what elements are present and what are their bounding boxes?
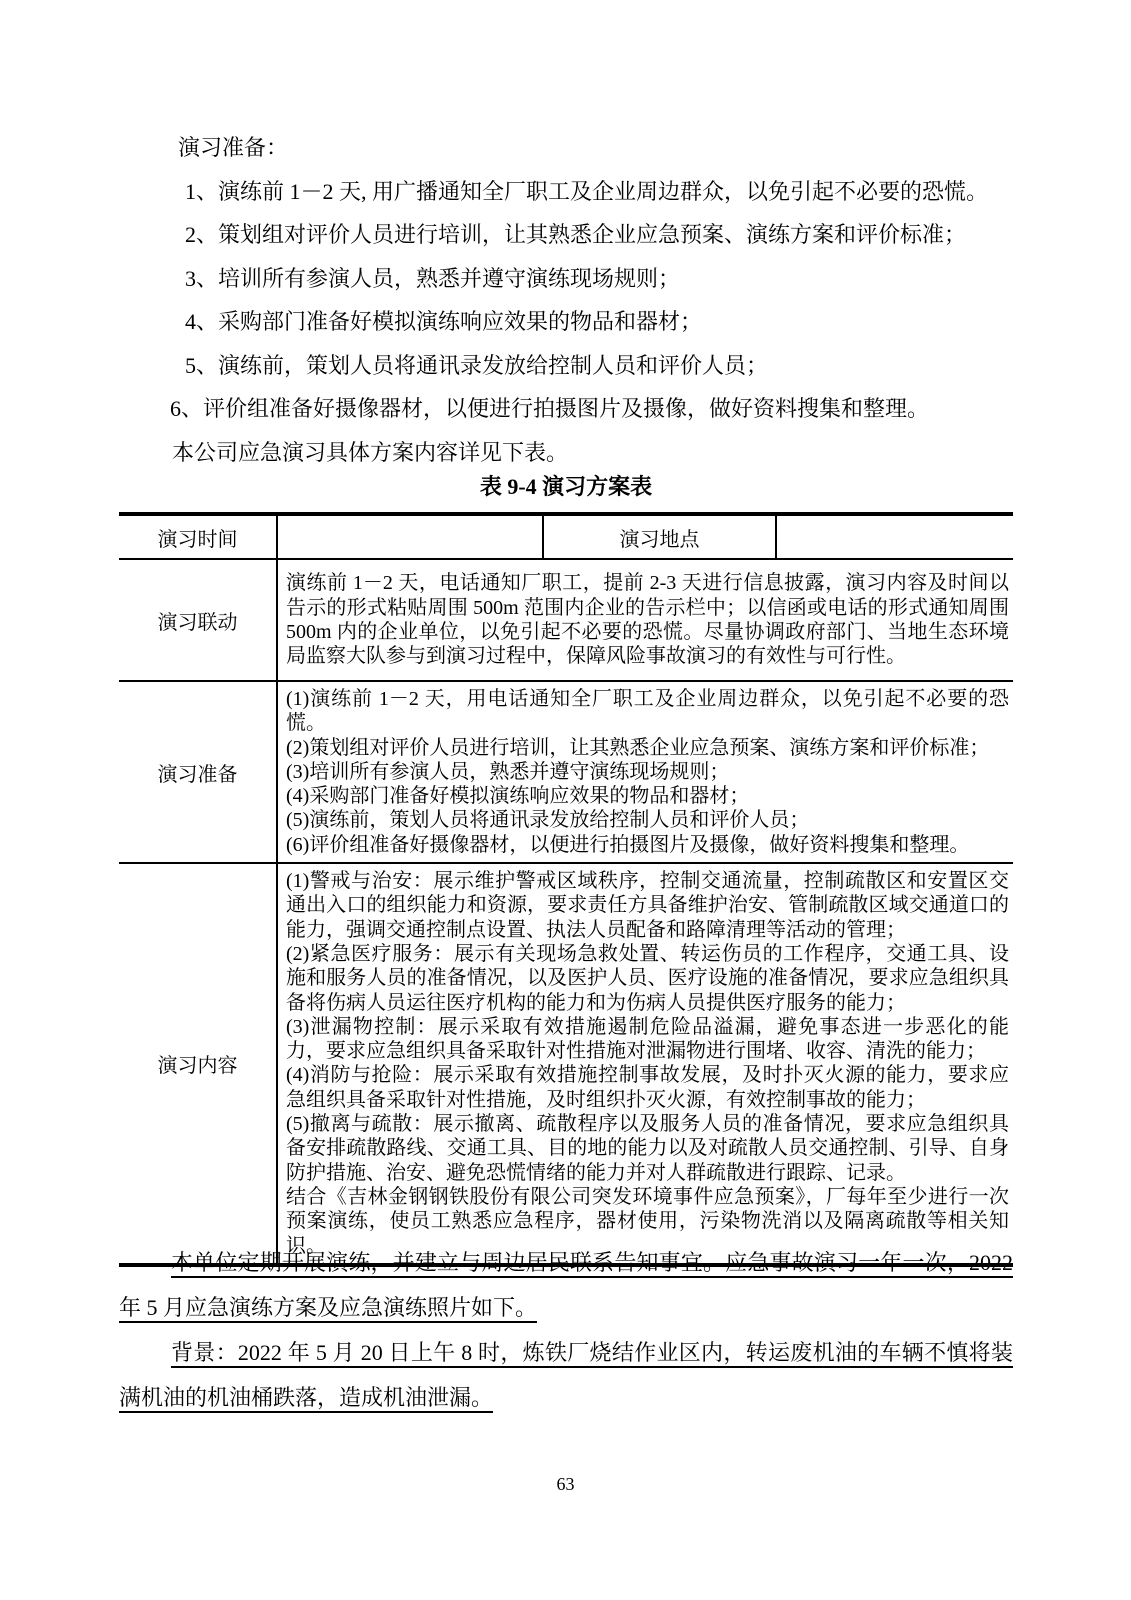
row-paragraph: (3)培训所有参演人员，熟悉并遵守演练现场规则； [286, 760, 1009, 784]
intro-item-1: 1、演练前 1－2 天, 用广播通知全厂职工及企业周边群众，以免引起不必要的恐慌… [119, 170, 1013, 214]
header-cell-drill-place-value [775, 516, 1013, 558]
closing-paragraph-1: 本单位定期开展演练，并建立与周边居民联系告知事宜。应急事故演习一年一次，2022… [119, 1240, 1013, 1330]
closing-paragraphs: 本单位定期开展演练，并建立与周边居民联系告知事宜。应急事故演习一年一次，2022… [119, 1240, 1013, 1420]
drill-plan-table: 演习时间 演习地点 演习联动 演练前 1－2 天，电话通知厂职工，提前 2-3 … [119, 512, 1013, 1267]
document-page: 演习准备： 1、演练前 1－2 天, 用广播通知全厂职工及企业周边群众，以免引起… [0, 0, 1131, 1600]
row-paragraph: 演练前 1－2 天，电话通知厂职工，提前 2-3 天进行信息披露，演习内容及时间… [286, 571, 1009, 668]
header-cell-drill-time: 演习时间 [119, 516, 276, 558]
row-content: (1)演练前 1－2 天，用电话通知全厂职工及企业周边群众，以免引起不必要的恐慌… [276, 682, 1013, 862]
closing-paragraph-2: 背景：2022 年 5 月 20 日上午 8 时，炼铁厂烧结作业区内，转运废机油… [119, 1330, 1013, 1420]
row-label: 演习准备 [119, 682, 276, 862]
row-paragraph: (1)警戒与治安：展示维护警戒区域秩序，控制交通流量，控制疏散区和安置区交通出入… [286, 869, 1009, 942]
table-row-drill-content: 演习内容 (1)警戒与治安：展示维护警戒区域秩序，控制交通流量，控制疏散区和安置… [119, 862, 1013, 1263]
header-cell-drill-time-value [276, 516, 542, 558]
row-paragraph: (5)撤离与疏散：展示撤离、疏散程序以及服务人员的准备情况，要求应急组织具备安排… [286, 1112, 1009, 1185]
row-content: 演练前 1－2 天，电话通知厂职工，提前 2-3 天进行信息披露，演习内容及时间… [276, 560, 1013, 680]
table-row-drill-linkage: 演习联动 演练前 1－2 天，电话通知厂职工，提前 2-3 天进行信息披露，演习… [119, 560, 1013, 680]
row-paragraph: (4)消防与抢险：展示采取有效措施控制事故发展，及时扑灭火源的能力，要求应急组织… [286, 1063, 1009, 1112]
row-paragraph: (6)评价组准备好摄像器材，以便进行拍摄图片及摄像，做好资料搜集和整理。 [286, 833, 1009, 857]
intro-item-4: 4、采购部门准备好模拟演练响应效果的物品和器材； [119, 300, 1013, 344]
intro-item-5: 5、演练前，策划人员将通讯录发放给控制人员和评价人员； [119, 344, 1013, 388]
intro-closing: 本公司应急演习具体方案内容详见下表。 [119, 431, 1013, 475]
table-header-row: 演习时间 演习地点 [119, 516, 1013, 560]
row-paragraph: (5)演练前，策划人员将通讯录发放给控制人员和评价人员； [286, 808, 1009, 832]
intro-item-3: 3、培训所有参演人员，熟悉并遵守演练现场规则； [119, 257, 1013, 301]
header-cell-drill-place: 演习地点 [542, 516, 775, 558]
table-title: 表 9-4 演习方案表 [119, 472, 1013, 502]
page-number: 63 [0, 1474, 1131, 1495]
row-content: (1)警戒与治安：展示维护警戒区域秩序，控制交通流量，控制疏散区和安置区交通出入… [276, 864, 1013, 1263]
intro-section: 演习准备： 1、演练前 1－2 天, 用广播通知全厂职工及企业周边群众，以免引起… [119, 126, 1013, 474]
row-paragraph: (1)演练前 1－2 天，用电话通知全厂职工及企业周边群众，以免引起不必要的恐慌… [286, 687, 1009, 736]
row-paragraph: (2)策划组对评价人员进行培训，让其熟悉企业应急预案、演练方案和评价标准； [286, 736, 1009, 760]
row-paragraph: (3)泄漏物控制：展示采取有效措施遏制危险品溢漏，避免事态进一步恶化的能力，要求… [286, 1015, 1009, 1064]
row-label: 演习联动 [119, 560, 276, 680]
row-paragraph: (2)紧急医疗服务：展示有关现场急救处置、转运伤员的工作程序，交通工具、设施和服… [286, 942, 1009, 1015]
table-row-drill-preparation: 演习准备 (1)演练前 1－2 天，用电话通知全厂职工及企业周边群众，以免引起不… [119, 680, 1013, 862]
row-label: 演习内容 [119, 864, 276, 1263]
intro-item-6: 6、评价组准备好摄像器材，以便进行拍摄图片及摄像，做好资料搜集和整理。 [119, 387, 1013, 431]
intro-heading: 演习准备： [119, 126, 1013, 170]
intro-item-2: 2、策划组对评价人员进行培训，让其熟悉企业应急预案、演练方案和评价标准； [119, 213, 1013, 257]
row-paragraph: (4)采购部门准备好模拟演练响应效果的物品和器材； [286, 784, 1009, 808]
